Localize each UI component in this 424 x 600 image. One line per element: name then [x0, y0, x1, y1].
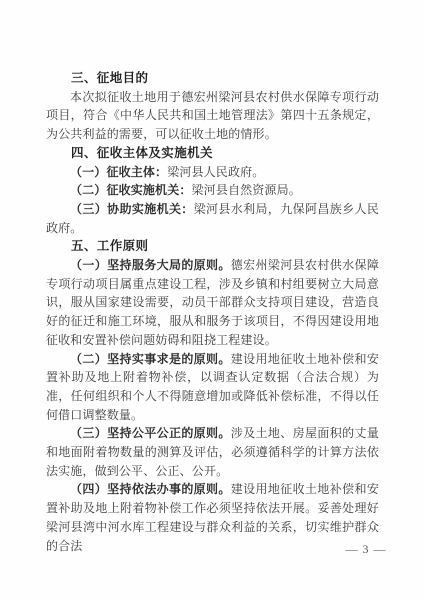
- principle-paragraph-3: （三）坚持公平公正的原则。涉及土地、房屋面积的丈量和地面附着物数量的测算及评估，…: [46, 424, 379, 480]
- section-4-item-2: （二）征收实施机关：梁河县自然资源局。: [46, 181, 379, 200]
- document-content: 三、征地目的 本次拟征收土地用于德宏州梁河县农村供水保障专项行动项目，符合《中华…: [46, 69, 379, 555]
- document-page: 三、征地目的 本次拟征收土地用于德宏州梁河县农村供水保障专项行动项目，符合《中华…: [0, 0, 424, 600]
- page-number: — 3 —: [336, 541, 396, 557]
- principle-2-label: （二）坚持实事求是的原则。: [70, 352, 231, 366]
- principle-1-label: （一）坚持服务大局的原则。: [70, 258, 231, 272]
- item-2-label: （二）征收实施机关：: [70, 183, 192, 197]
- item-1-value: 梁河县人民政府。: [167, 165, 264, 179]
- section-3-paragraph: 本次拟征收土地用于德宏州梁河县农村供水保障专项行动项目，符合《中华人民共和国土地…: [46, 88, 379, 144]
- principle-3-label: （三）坚持公平公正的原则。: [70, 426, 231, 440]
- principle-4-label: （四）坚持依法办事的原则。: [70, 482, 231, 496]
- section-4-item-3: （三）协助实施机关：梁河县水利局，九保阿昌族乡人民政府。: [46, 200, 379, 237]
- principle-paragraph-2: （二）坚持实事求是的原则。建设用地征收土地补偿和安置补助及地上附着物补偿，以调查…: [46, 350, 379, 425]
- principle-paragraph-4: （四）坚持依法办事的原则。建设用地征收土地补偿和安置补助及地上附着物补偿工作必须…: [46, 480, 379, 555]
- section-4-heading: 四、征收主体及实施机关: [46, 144, 379, 163]
- item-2-value: 梁河县自然资源局。: [192, 183, 301, 197]
- section-4-item-1: （一）征收主体：梁河县人民政府。: [46, 163, 379, 182]
- item-3-label: （三）协助实施机关：: [70, 202, 194, 216]
- section-3-heading: 三、征地目的: [46, 69, 379, 88]
- section-5-heading: 五、工作原则: [46, 237, 379, 256]
- principle-paragraph-1: （一）坚持服务大局的原则。德宏州梁河县农村供水保障专项行动项目属重点建设工程，涉…: [46, 256, 379, 350]
- item-1-label: （一）征收主体：: [70, 165, 167, 179]
